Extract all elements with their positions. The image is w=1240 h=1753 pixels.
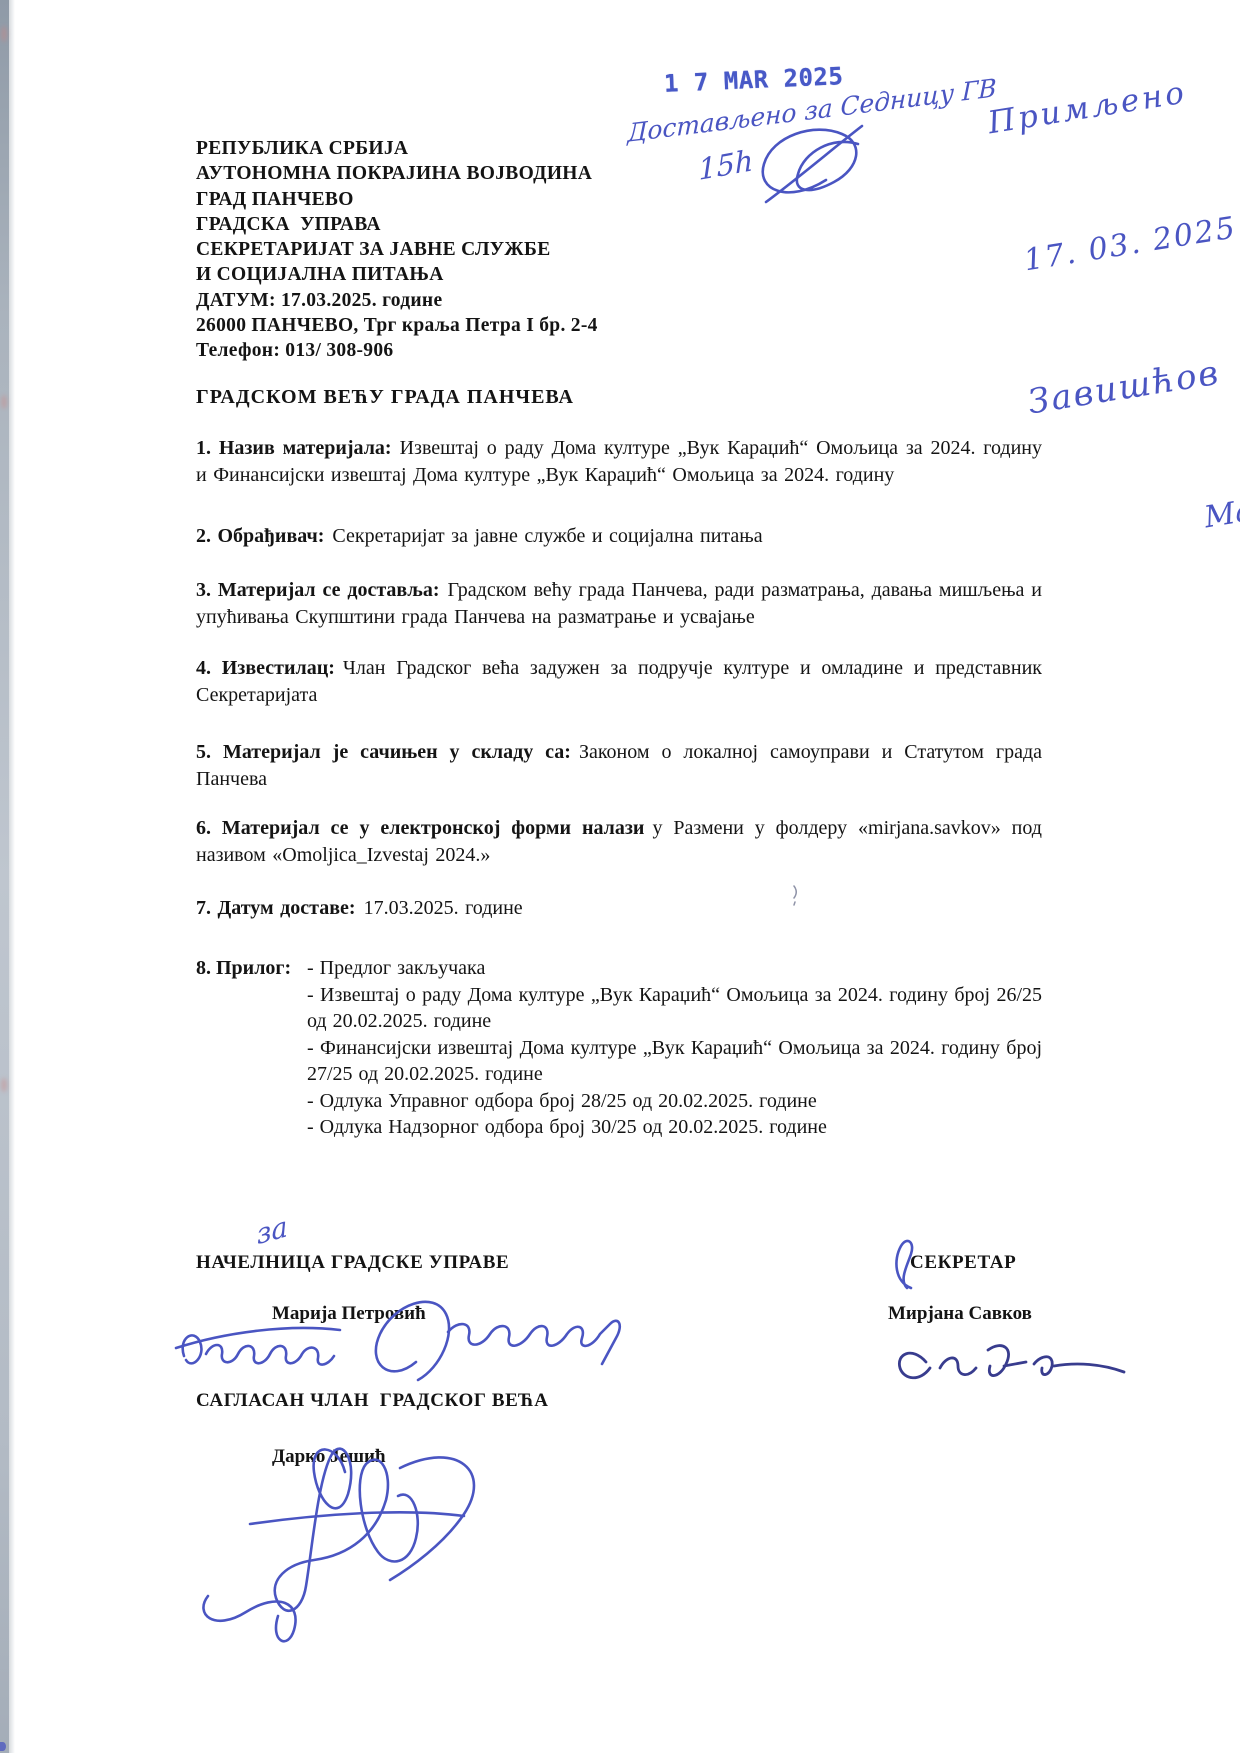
section-label: 5. Материјал је сачињен у складу са: — [196, 741, 571, 763]
section-paragraph-7: 7. Датум доставе:17.03.2025. године — [196, 895, 1042, 922]
attachment-item: - Финансијски извештај Дома културе „Вук… — [307, 1035, 1042, 1088]
section-label: 6. Материјал се у електронској форми нал… — [196, 817, 644, 839]
scan-ink-dot — [0, 1742, 6, 1751]
letterhead-line: 26000 ПАНЧЕВО, Трг краља Петра I бр. 2-4 — [196, 313, 598, 338]
received-note-line-3: Завишћов — [1025, 342, 1240, 427]
scan-artifact-mark — [790, 884, 802, 908]
received-note-line-1: Примљено — [985, 63, 1230, 147]
scan-edge-strip — [0, 0, 9, 1753]
received-note-line-2: 17. 03. 2025. — [1021, 203, 1240, 285]
attachment-item: - Извештај о раду Дома културе „Вук Кара… — [307, 982, 1042, 1035]
signature-title-right: СЕКРЕТАР — [910, 1252, 1016, 1274]
jesic-signature — [192, 1438, 512, 1663]
section-label: 2. Обрађивач: — [196, 525, 324, 547]
letterhead-line: СЕКРЕТАРИЈАТ ЗА ЈАВНЕ СЛУЖБЕ — [196, 237, 598, 262]
letterhead-line: И СОЦИЈАЛНА ПИТАЊА — [196, 262, 598, 287]
handwritten-za-mark: за — [255, 1210, 289, 1252]
scan-smudge — [1, 395, 7, 409]
scan-smudge — [1, 26, 7, 42]
attachments-list: - Предлог закључака - Извештај о раду До… — [307, 955, 1042, 1141]
letterhead-line: ДАТУМ: 17.03.2025. године — [196, 288, 598, 313]
letterhead: РЕПУБЛИКА СРБИЈА АУТОНОМНА ПОКРАЈИНА ВОЈ… — [196, 136, 598, 364]
section-text: Секретаријат за јавне службе и социјална… — [332, 525, 762, 547]
attachments-block: 8. Прилог: - Предлог закључака - Извешта… — [196, 955, 1042, 1141]
letterhead-line: РЕПУБЛИКА СРБИЈА — [196, 136, 598, 161]
attachments-label: 8. Прилог: — [196, 955, 307, 1141]
letterhead-line: ГРАД ПАНЧЕВО — [196, 187, 598, 212]
section-paragraph-2: 2. Обрађивач:Секретаријат за јавне служб… — [196, 523, 1042, 550]
section-label: 4. Известилац: — [196, 657, 335, 679]
delivery-signature-flourish — [748, 118, 868, 208]
attachment-item: - Одлука Надзорног одбора број 30/25 од … — [307, 1114, 1042, 1141]
attachment-item: - Одлука Управног одбора број 28/25 од 2… — [307, 1088, 1042, 1115]
signature-name-right: Мирјана Савков — [888, 1303, 1032, 1325]
letterhead-line: Телефон: 013/ 308-906 — [196, 338, 598, 363]
section-paragraph-5: 5. Материјал је сачињен у складу са:Зако… — [196, 739, 1042, 792]
date-stamp: 1 7 MAR 2025 — [663, 62, 843, 98]
section-paragraph-1: 1. Назив материјала:Извештај о раду Дома… — [196, 435, 1042, 488]
savkov-signature — [892, 1338, 1130, 1392]
section-paragraph-3: 3. Материјал се доставља:Градском већу г… — [196, 577, 1042, 630]
scan-smudge — [1, 1078, 7, 1092]
section-label: 1. Назив материјала: — [196, 437, 392, 459]
petrovic-signature-part1 — [170, 1318, 348, 1380]
section-paragraph-6: 6. Материјал се у електронској форми нал… — [196, 815, 1042, 868]
handwritten-received-note: Примљено 17. 03. 2025. Завишћов Маја — [970, 0, 1240, 658]
handwritten-delivery-time: 15h — [698, 143, 754, 187]
section-text: 17.03.2025. године — [364, 897, 523, 919]
received-note-line-4: Маја — [1201, 481, 1240, 541]
scanned-document-page: 1 7 MAR 2025 Достављено за Седницу ГВ 15… — [0, 0, 1240, 1753]
section-label: 3. Материјал се доставља: — [196, 579, 440, 601]
signature-title-left: НАЧЕЛНИЦА ГРАДСКЕ УПРАВЕ — [196, 1252, 509, 1274]
attachment-item: - Предлог закључака — [307, 955, 1042, 982]
section-paragraph-4: 4. Известилац:Члан Градског већа задужен… — [196, 655, 1042, 708]
petrovic-signature-part2 — [352, 1288, 622, 1392]
section-label: 7. Датум доставе: — [196, 897, 356, 919]
letterhead-line: ГРАДСКА УПРАВА — [196, 212, 598, 237]
letterhead-line: АУТОНОМНА ПОКРАЈИНА ВОЈВОДИНА — [196, 161, 598, 186]
scan-edge-fade — [9, 0, 15, 1753]
addressee-title: ГРАДСКОМ ВЕЋУ ГРАДА ПАНЧЕВА — [196, 386, 574, 409]
agree-member-title: САГЛАСАН ЧЛАН ГРАДСКОГ ВЕЋА — [196, 1390, 549, 1412]
